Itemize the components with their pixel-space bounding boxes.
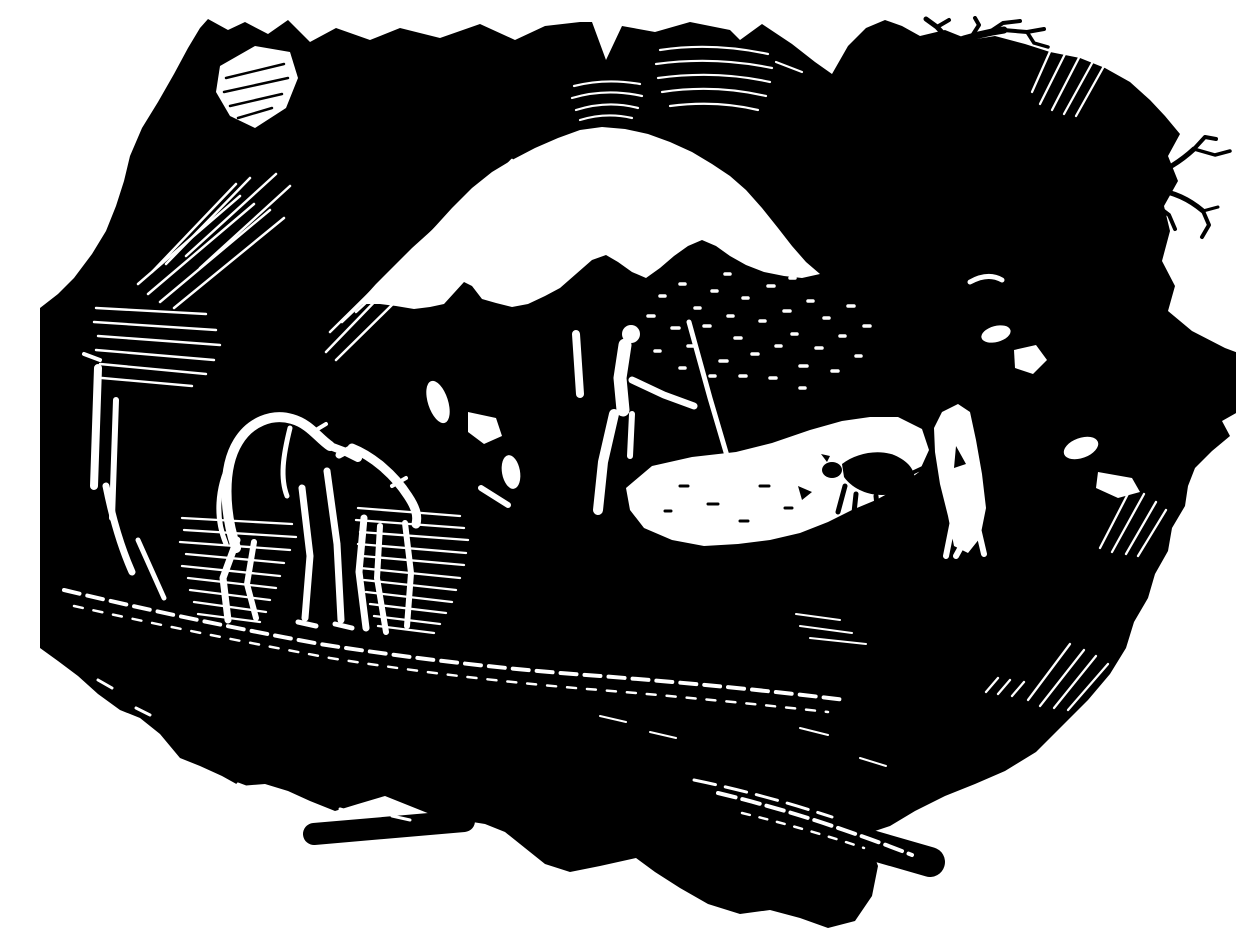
engraving-canvas (40, 16, 1236, 931)
log-spindle-left (314, 821, 464, 834)
woodcut-vignette: A dark irregular rocky mass frames an ar… (40, 16, 1236, 931)
dark-dog-head (822, 462, 842, 478)
man-torso (620, 345, 625, 410)
